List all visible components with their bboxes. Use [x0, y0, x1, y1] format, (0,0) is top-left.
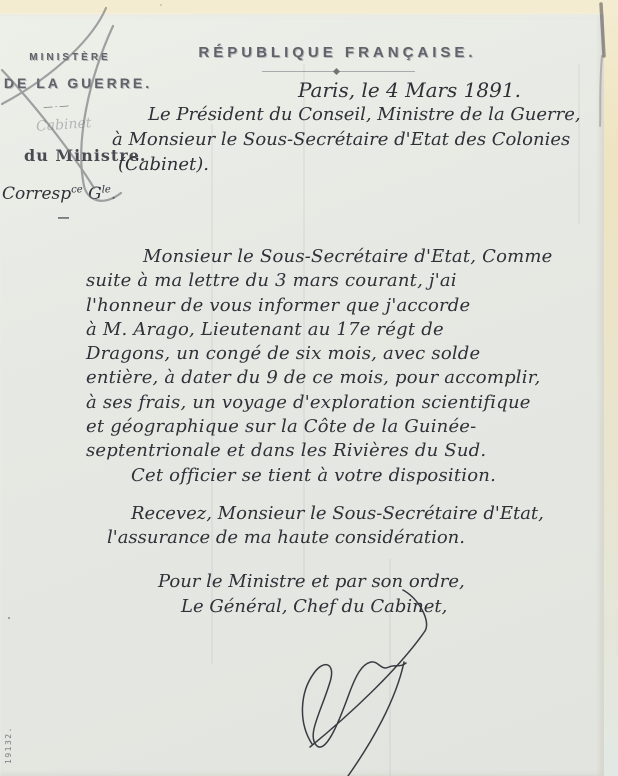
republic-title: RÉPUBLIQUE FRANÇAISE. [195, 44, 480, 61]
body-line: entière, à dater du 9 de ce mois, pour a… [86, 366, 591, 390]
closing-line-1: Recevez, Monsieur le Sous-Secrétaire d'E… [131, 503, 544, 524]
address-line-1: Le Président du Conseil, Ministre de la … [148, 104, 581, 125]
scanned-letter-page: RÉPUBLIQUE FRANÇAISE. MINISTÈRE DE LA GU… [0, 0, 618, 776]
body-line: l'honneur de vous informer que j'accorde [86, 294, 591, 318]
body-line: à ses frais, un voyage d'exploration sci… [86, 391, 591, 415]
correspondence-end: . [111, 184, 116, 204]
correspondence-mid: G [83, 184, 102, 204]
letter-body: Monsieur le Sous-Secrétaire d'Etat, Comm… [86, 245, 591, 488]
body-line: à M. Arago, Lieutenant au 17e régt de [86, 318, 591, 342]
body-line: suite à ma lettre du 3 mars courant, j'a… [86, 269, 591, 293]
ink-dot [8, 617, 10, 619]
correspondence-underline: — [58, 212, 69, 224]
ministry-name-line2: DE LA GUERRE. [2, 75, 154, 91]
body-line: Monsieur le Sous-Secrétaire d'Etat, Comm… [86, 245, 591, 269]
signoff-line-2: Le Général, Chef du Cabinet, [181, 596, 447, 617]
closing-line-2: l'assurance de ma haute considération. [107, 527, 465, 548]
body-line: Cet officier se tient à votre dispositio… [86, 464, 591, 488]
title-rule [262, 71, 415, 72]
margin-registry-number: 19132. [4, 726, 13, 764]
correspondence-superscript: ce [71, 184, 83, 195]
correspondence-note: Correspce Gle. [2, 184, 116, 204]
body-line: septentrionale et dans les Rivières du S… [86, 439, 591, 463]
correspondence-superscript: le [102, 184, 111, 195]
body-line: et géographique sur la Côte de la Guinée… [86, 415, 591, 439]
address-line-3: (Cabinet). [118, 154, 209, 175]
signoff-line-1: Pour le Ministre et par son ordre, [158, 571, 465, 592]
dateline: Paris, le 4 Mars 1891. [298, 78, 521, 102]
body-line: Dragons, un congé de six mois, avec sold… [86, 342, 591, 366]
paper-crease [578, 64, 580, 224]
ministry-name-line1: MINISTÈRE [28, 52, 112, 63]
correspondence-base: Corresp [2, 184, 71, 204]
ink-dot [160, 4, 162, 6]
address-line-2: à Monsieur le Sous-Secrétaire d'Etat des… [112, 129, 570, 150]
